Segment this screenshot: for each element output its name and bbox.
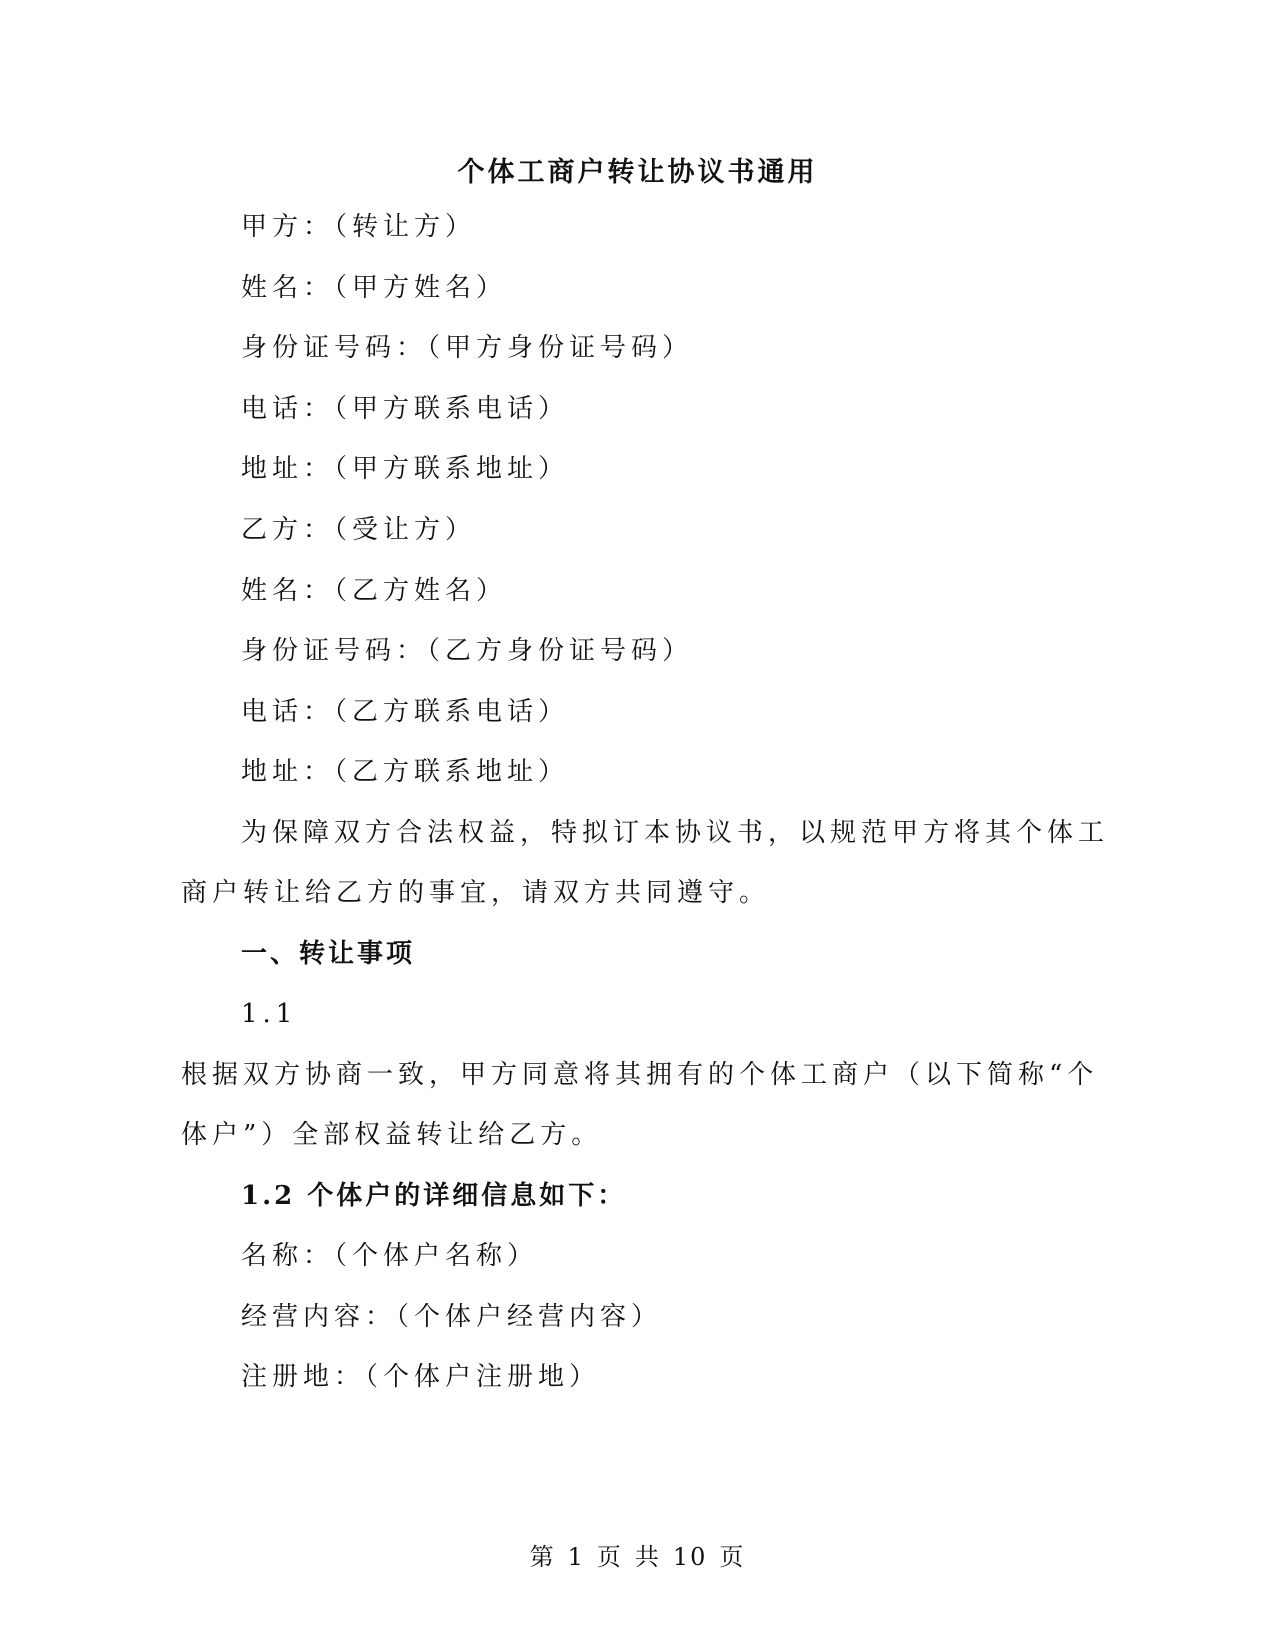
- party-a-id-number: 身份证号码：（甲方身份证号码）: [241, 331, 693, 365]
- party-b-role: 乙方：（受让方）: [241, 513, 476, 547]
- clause-1-1-number: 1.1: [241, 997, 297, 1031]
- clause-1-1-line-2: 体户”）全部权益转让给乙方。: [181, 1118, 602, 1152]
- preamble-line-1: 为保障双方合法权益，特拟订本协议书，以规范甲方将其个体工: [241, 816, 1109, 850]
- party-b-phone: 电话：（乙方联系电话）: [241, 695, 569, 729]
- business-name: 名称：（个体户名称）: [241, 1239, 538, 1273]
- party-b-name: 姓名：（乙方姓名）: [241, 574, 507, 608]
- footer-word-ye-end: 页: [719, 1543, 745, 1571]
- party-a-phone: 电话：（甲方联系电话）: [241, 392, 569, 426]
- total-pages-number: 10: [673, 1543, 708, 1571]
- preamble-line-2: 商户转让给乙方的事宜，请双方共同遵守。: [181, 876, 770, 910]
- party-a-name: 姓名：（甲方姓名）: [241, 271, 507, 305]
- registered-place: 注册地：（个体户注册地）: [241, 1360, 600, 1394]
- document-page: 个体工商户转让协议书通用 甲方：（转让方） 姓名：（甲方姓名） 身份证号码：（甲…: [0, 0, 1275, 1650]
- footer-word-di: 第: [530, 1543, 556, 1571]
- footer-word-ye: 页: [597, 1543, 623, 1571]
- party-a-address: 地址：（甲方联系地址）: [241, 452, 569, 486]
- section-1-heading: 一、转让事项: [241, 937, 415, 971]
- footer-word-gong: 共: [635, 1543, 661, 1571]
- party-b-id-number: 身份证号码：（乙方身份证号码）: [241, 634, 693, 668]
- party-a-role: 甲方：（转让方）: [241, 210, 476, 244]
- current-page-number: 1: [568, 1543, 585, 1571]
- party-b-address: 地址：（乙方联系地址）: [241, 755, 569, 789]
- clause-1-2-heading: 1.2 个体户的详细信息如下：: [241, 1179, 626, 1213]
- document-title: 个体工商户转让协议书通用: [0, 156, 1275, 190]
- page-footer: 第1页共10页: [0, 1542, 1275, 1572]
- business-scope: 经营内容：（个体户经营内容）: [241, 1300, 662, 1334]
- clause-1-1-line-1: 根据双方协商一致，甲方同意将其拥有的个体工商户（以下简称“个: [181, 1058, 1098, 1092]
